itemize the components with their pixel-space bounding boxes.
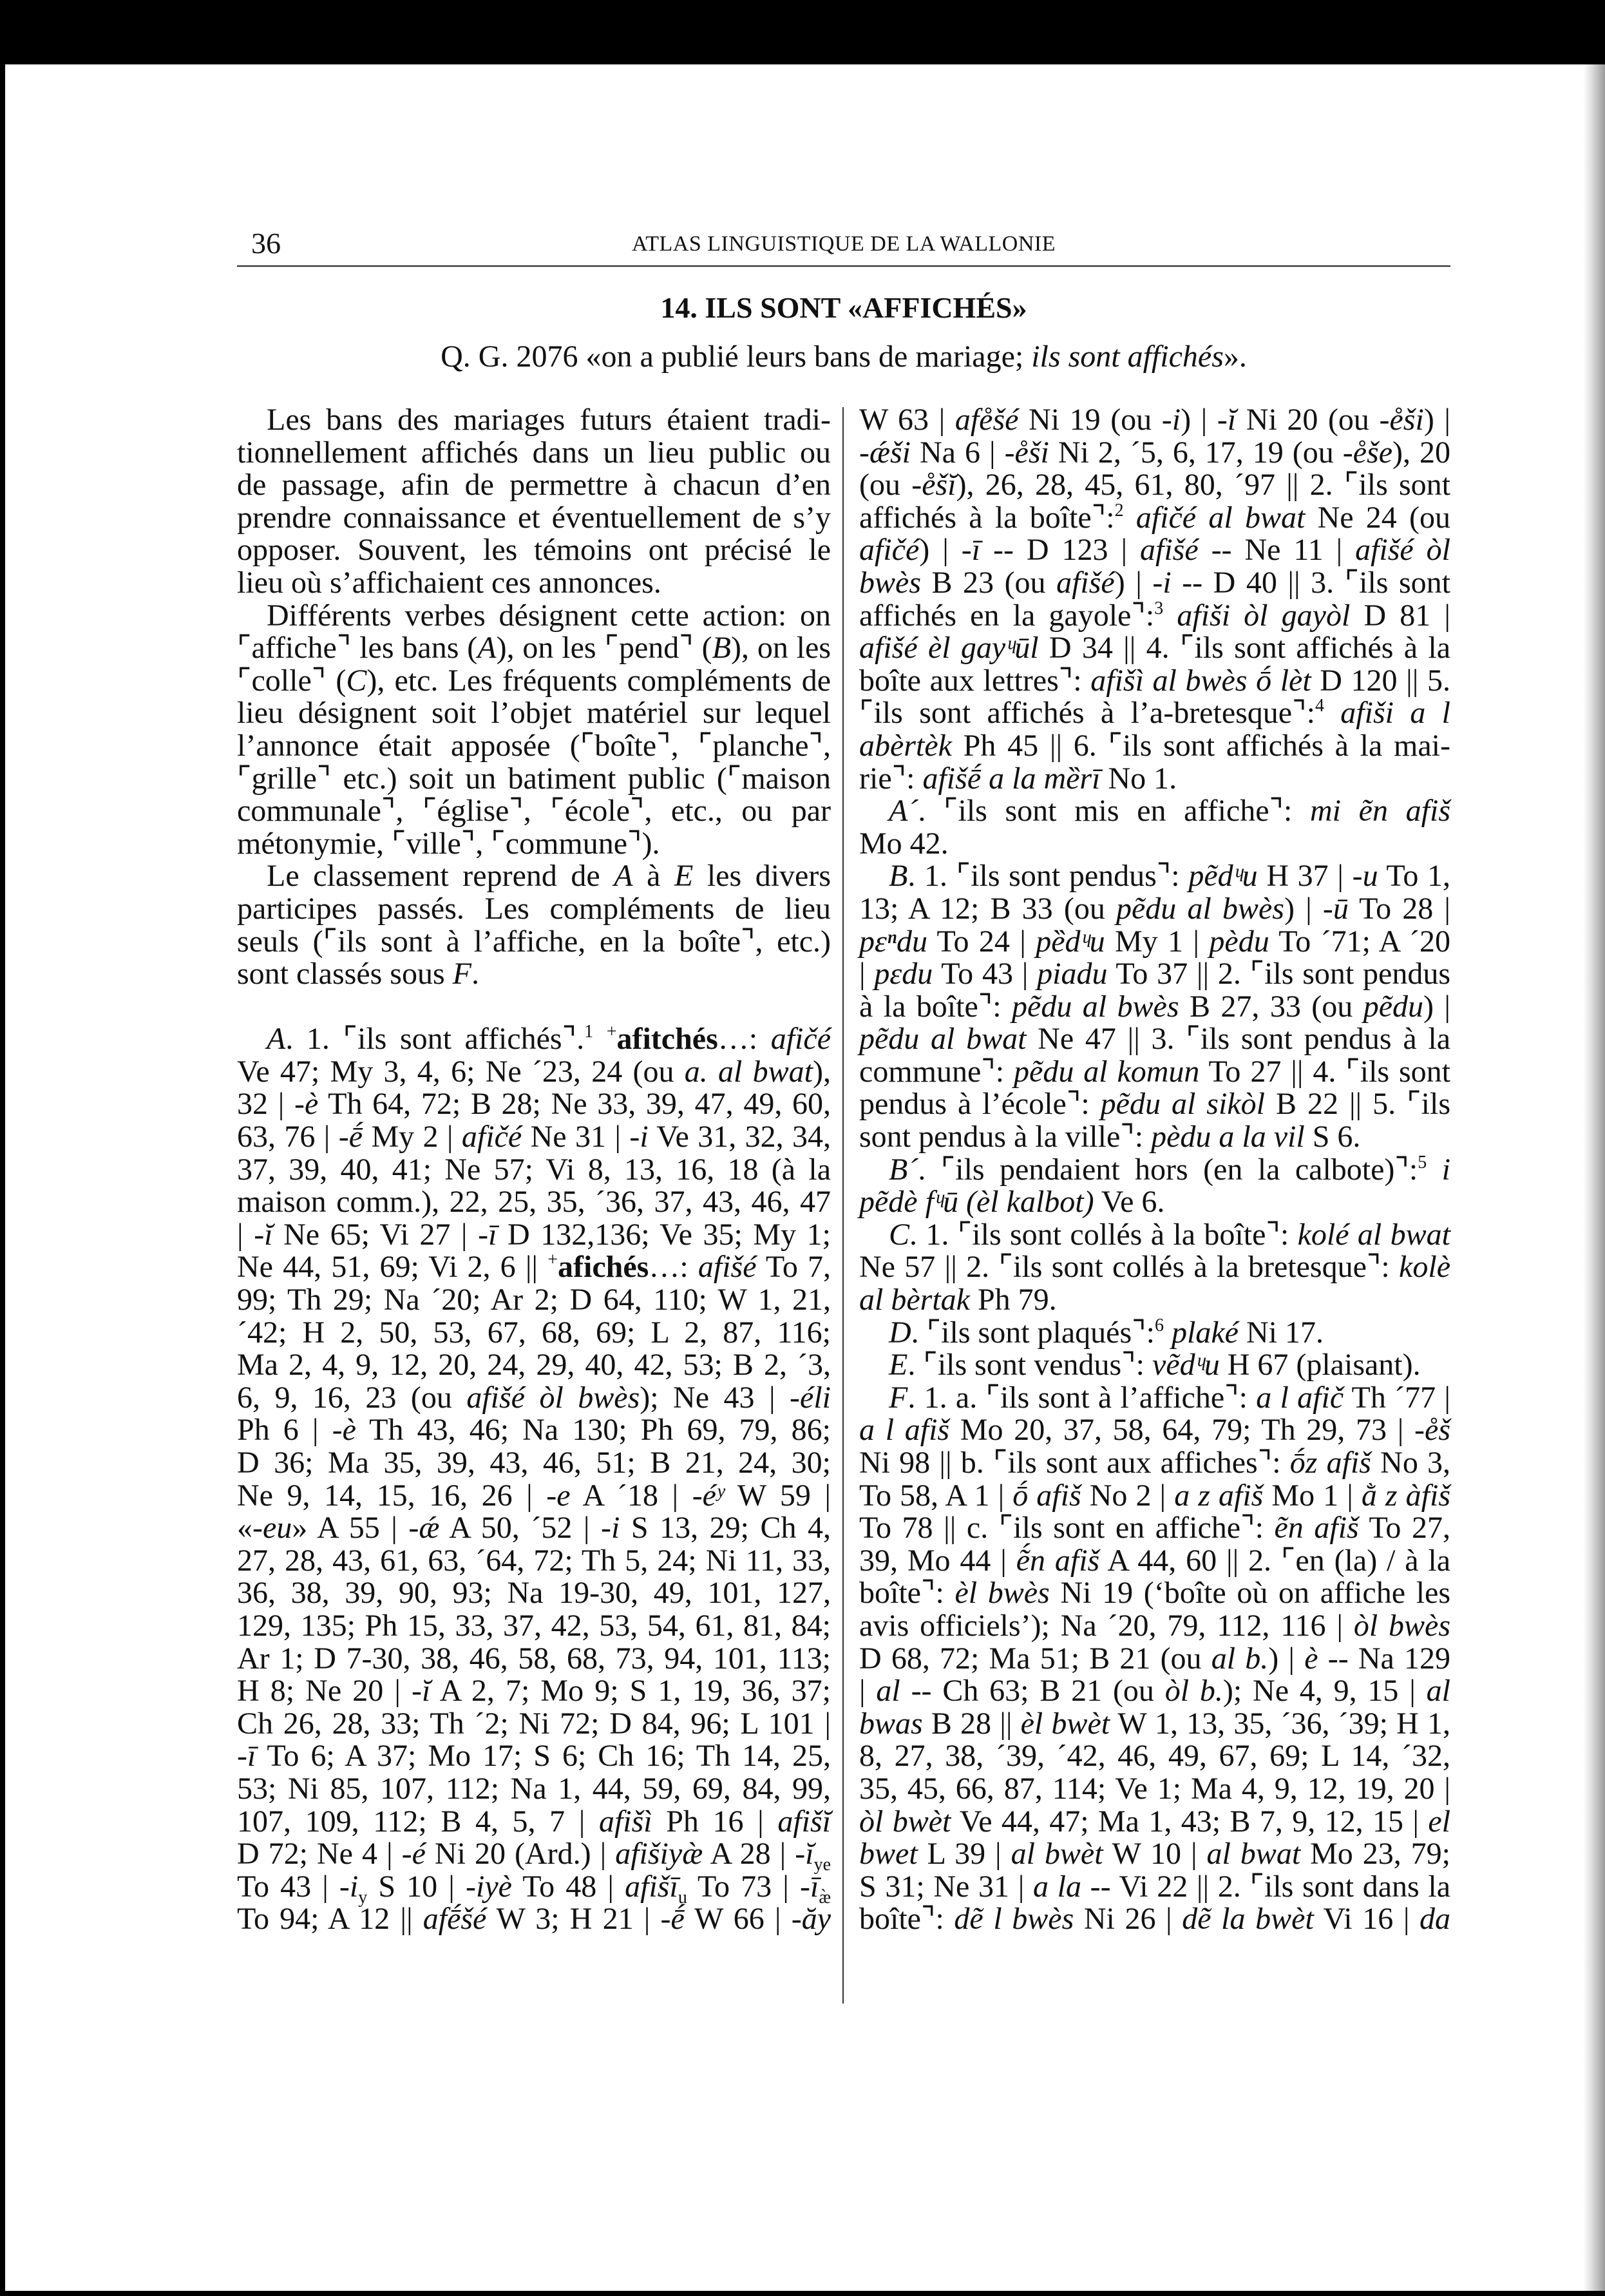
text-run: » A 55 |	[292, 1511, 408, 1545]
dialect-form: -i	[601, 1511, 620, 1545]
text-line: S 31; Ne 31 | a la -- Vi 22 || 2. ⌜ils s…	[859, 1871, 1450, 1904]
dialect-form: -iyè	[466, 1870, 512, 1904]
text-run: 99; Th 29; Na ´20; Ar 2; D 64, 110; W 1,…	[237, 1283, 831, 1317]
text-run: No 3,	[1371, 1446, 1450, 1480]
dialect-form: E	[674, 859, 693, 893]
headword: afitchés	[616, 1022, 717, 1056]
text-line: pendus à l’école⌝: pẽdu al sikòl B 22 ||…	[859, 1088, 1450, 1121]
text-line: 32 | -è Th 64, 72; B 28; Ne 33, 39, 47, …	[237, 1088, 831, 1121]
text-line: W 63 | afe̊šé Ni 19 (ou -i) | -ĭ Ni 20 (…	[859, 404, 1450, 437]
running-title: ATLAS LINGUISTIQUE DE LA WALLONIE	[237, 228, 1450, 260]
text-line: 36, 38, 39, 90, 93; Na 19-30, 49, 101, 1…	[237, 1577, 831, 1610]
text-line: D. ⌜ils sont plaqués⌝:6 plaké Ni 17.	[859, 1317, 1450, 1350]
text-line: 13; A 12; B 33 (ou pẽdu al bwès) | -ū To…	[859, 893, 1450, 926]
text-line: commune⌝: pẽdu al komun To 27 || 4. ⌜ils…	[859, 1056, 1450, 1089]
dialect-form: ṓz afiš	[1290, 1446, 1371, 1480]
text-run: ), on les ⌜pend⌝ (	[497, 631, 712, 665]
text-line: 39, Mo 44 | ẽ́n afiš A 44, 60 || 2. ⌜en …	[859, 1545, 1450, 1578]
text-run: Ne 31 |	[522, 1120, 629, 1154]
text-run: à	[633, 859, 674, 893]
text-run: ) |	[1424, 403, 1450, 437]
text-run	[1124, 501, 1136, 535]
text-line: To 78 || c. ⌜ils sont en affiche⌝: ẽn af…	[859, 1512, 1450, 1545]
text-run	[1324, 696, 1340, 730]
dialect-form: a. al bwat	[685, 1055, 813, 1089]
text-line: ⌜ils sont affichés à l’a-bretesque⌝:4 af…	[859, 697, 1450, 730]
text-run: métonymie, ⌜ville⌝, ⌜commune⌝).	[237, 827, 660, 861]
text-run: B 27, 33 (ou	[1179, 990, 1363, 1024]
dialect-form: -e	[546, 1478, 570, 1513]
dialect-form: afišiyæ̀	[615, 1837, 703, 1871]
text-run: Mo 23, 79;	[1300, 1837, 1450, 1871]
dialect-form: -é	[402, 1837, 426, 1871]
text-line: opposer. Souvent, les témoins ont précis…	[237, 534, 831, 567]
text-line: avis officiels’); Na ´20, 79, 112, 116 |…	[859, 1610, 1450, 1643]
text-run: -- Na 129	[1318, 1641, 1450, 1676]
dialect-form: dẽ l bwès	[954, 1902, 1074, 1936]
text-run: les divers	[693, 859, 831, 893]
dialect-form: kolè	[1399, 1250, 1450, 1284]
dialect-form: afiši a l	[1340, 696, 1450, 730]
dialect-form: C	[346, 664, 366, 698]
text-run	[1163, 598, 1177, 633]
text-run: Le classement reprend de	[267, 859, 614, 893]
dialect-form: èl bwès	[954, 1576, 1049, 1610]
text-run: To 94; A 12 ||	[237, 1902, 423, 1936]
text-line: abèrtèk Ph 45 || 6. ⌜ils sont affichés à…	[859, 730, 1450, 763]
text-run: To 27,	[1359, 1511, 1450, 1545]
text-run: . 1. ⌜ils sont pendus⌝:	[907, 859, 1188, 893]
dialect-form: afišé	[1140, 533, 1199, 567]
text-line: To 43 | -iy S 10 | -iyè To 48 | afišīu T…	[237, 1871, 831, 1904]
text-run: No 2 |	[1081, 1478, 1175, 1513]
dialect-form: afišé	[698, 1250, 757, 1284]
text-run: tionnellement affichés dans un lieu publ…	[237, 435, 831, 470]
text-run: S 31; Ne 31 |	[859, 1870, 1033, 1904]
text-line: sont pendus à la ville⌝: pèdu a la vil S…	[859, 1121, 1450, 1154]
text-run: ), 26, 28, 45, 61, 80, ´97 || 2. ⌜ils so…	[956, 468, 1450, 502]
text-line: rie⌝: afišḗ a la mȅrī No 1.	[859, 763, 1450, 796]
dialect-form: B´	[889, 1153, 918, 1187]
dialect-form: -ī	[800, 1870, 819, 1904]
dialect-form: B	[889, 859, 907, 893]
text-run: 129, 135; Ph 15, 33, 37, 42, 53, 54, 61,…	[237, 1609, 831, 1643]
dialect-form: pɛⁿdu	[859, 924, 927, 959]
question-prefix: Q. G. 2076 «on a publié leurs bans de ma…	[441, 340, 1031, 374]
text-run: Ne 24 (ou	[1305, 501, 1450, 535]
dialect-form: al	[1427, 1674, 1450, 1708]
dialect-form: al bwat	[1207, 1837, 1301, 1871]
text-run: ⌜affiche⌝ les bans (	[237, 631, 477, 665]
text-run: seuls (⌜ils sont à l’affiche, en la boît…	[237, 924, 831, 959]
text-run: To 48 |	[512, 1870, 625, 1904]
text-run: A 44, 60 || 2. ⌜en (la) / à la	[1099, 1544, 1450, 1578]
dialect-form: -ū	[1323, 892, 1349, 926]
text-run: sont classés sous	[237, 957, 453, 991]
dialect-form: -éli	[790, 1381, 831, 1415]
text-run: . ⌜ils sont mis en affiche⌝:	[918, 794, 1310, 828]
text-run: B 28 ||	[923, 1707, 1021, 1741]
dialect-form: -ǽ	[408, 1511, 439, 1545]
text-run: Ma 2, 4, 9, 12, 20, 24, 29, 40, 42, 53; …	[237, 1348, 831, 1382]
text-run: ) |	[1284, 892, 1323, 926]
text-line: -ī To 6; A 37; Mo 17; S 6; Ch 16; Th 14,…	[237, 1740, 831, 1773]
dialect-form: pẽdᶣu	[1188, 859, 1257, 893]
text-line: B´. ⌜ils pendaient hors (en la calbote)⌝…	[859, 1154, 1450, 1187]
text-line: boîte aux lettres⌝: afišì al bwès ṓ lèt …	[859, 665, 1450, 698]
text-line: Le classement reprend de A à E les diver…	[237, 860, 831, 893]
text-run: My 2 |	[363, 1120, 462, 1154]
dialect-form: -ḗ	[661, 1902, 685, 1936]
dialect-form: -i	[629, 1120, 648, 1154]
text-run: W 66 |	[685, 1902, 792, 1936]
text-run: To 58, A 1 |	[859, 1478, 1012, 1513]
text-run: To 43 |	[237, 1870, 339, 1904]
dialect-form: afišī	[625, 1870, 678, 1904]
dialect-form: piadu	[1037, 957, 1107, 991]
text-run: No 1.	[1100, 761, 1177, 796]
text-line: Ne 44, 51, 69; Vi 2, 6 || +afichés…: afi…	[237, 1251, 831, 1284]
text-line: ⌜grille⌝ etc.) soit un batiment public (…	[237, 763, 831, 796]
text-run: lieu désignent soit l’objet matériel sur…	[237, 696, 831, 730]
text-run: To 1,	[1378, 859, 1450, 893]
text-line: à la boîte⌝: pẽdu al bwès B 27, 33 (ou p…	[859, 991, 1450, 1024]
dialect-form: al bwèt	[1011, 1837, 1103, 1871]
text-run	[593, 1022, 607, 1056]
text-run: boîte⌝:	[859, 1576, 954, 1610]
text-run: 63, 76 |	[237, 1120, 339, 1154]
text-line: Ve 47; My 3, 4, 6; Ne ´23, 24 (ou a. al …	[237, 1056, 831, 1089]
text-run: Th 64, 72; B 28; Ne 33, 39, 47, 49, 60,	[318, 1087, 831, 1121]
text-line: A. 1. ⌜ils sont affichés⌝.1 +afitchés…: …	[237, 1023, 831, 1056]
text-run	[1164, 1315, 1172, 1350]
text-run: ) |	[1423, 990, 1450, 1024]
dialect-form: al	[876, 1674, 900, 1708]
text-run: ) |	[919, 533, 961, 567]
text-run: W 63 |	[859, 403, 955, 437]
text-run: W 3; H 21 |	[486, 1902, 660, 1936]
text-run: Ni 17.	[1239, 1315, 1324, 1350]
text-run: . ⌜ils sont vendus⌝:	[907, 1348, 1152, 1382]
dialect-form: a la	[1033, 1870, 1081, 1904]
text-line: boîte⌝: dẽ l bwès Ni 26 | dẽ la bwèt Vi …	[859, 1903, 1450, 1936]
dialect-form: F	[889, 1381, 907, 1415]
text-run: rie⌝:	[859, 761, 922, 796]
text-run: S 6.	[1305, 1120, 1361, 1154]
dialect-form: -u	[1353, 859, 1378, 893]
script-mark: 5	[1418, 1153, 1427, 1172]
dialect-form: òl bwèt	[859, 1804, 951, 1839]
text-run: l’annonce était apposée (⌜boîte⌝, ⌜planc…	[237, 729, 831, 763]
dialect-form: pẽdu al bwès	[1116, 892, 1284, 926]
text-line: Ar 1; D 7-30, 38, 46, 58, 68, 73, 94, 10…	[237, 1643, 831, 1676]
text-line: Mo 42.	[859, 828, 1450, 861]
text-line: lieu désignent soit l’objet matériel sur…	[237, 697, 831, 730]
text-run: D 36; Ma 35, 39, 43, 46, 51; B 21, 24, 3…	[237, 1446, 831, 1480]
dialect-form: -e̊ši	[1380, 403, 1424, 437]
text-run: 32 |	[237, 1087, 294, 1121]
text-run: Th ´77 |	[1344, 1381, 1450, 1415]
text-line: H 8; Ne 20 | -ĭ A 2, 7; Mo 9; S 1, 19, 3…	[237, 1675, 831, 1708]
text-line: Différents verbes désignent cette action…	[237, 600, 831, 633]
running-head: 36 ATLAS LINGUISTIQUE DE LA WALLONIE	[237, 224, 1450, 263]
dialect-form: bwas	[859, 1707, 923, 1741]
text-run: Mo 1 |	[1263, 1478, 1362, 1513]
dialect-form: è	[1304, 1641, 1318, 1676]
text-line: Ch 26, 28, 33; Th ´2; Ni 72; D 84, 96; L…	[237, 1708, 831, 1741]
dialect-form: al b.	[1211, 1641, 1269, 1676]
text-line: prendre connaissance et éventuellement d…	[237, 502, 831, 535]
text-run: ⌜ils sont affichés à l’a-bretesque⌝:	[859, 696, 1315, 730]
dialect-form: a l afič	[1256, 1381, 1344, 1415]
text-line: D 72; Ne 4 | -é Ni 20 (Ard.) | afišiyæ̀ …	[237, 1838, 831, 1871]
chapter-title: 14. ILS SONT «AFFICHÉS»	[237, 289, 1450, 327]
left-column: Les bans des mariages futurs étaient tra…	[237, 404, 831, 1936]
page-edge-shadow	[1583, 64, 1605, 2291]
text-run: -- D 123 |	[980, 533, 1140, 567]
text-run: Ph 79.	[970, 1283, 1057, 1317]
text-run: . 1. ⌜ils sont collés à la boîte⌝:	[909, 1218, 1298, 1252]
text-run: Ar 1; D 7-30, 38, 46, 58, 68, 73, 94, 10…	[237, 1641, 831, 1676]
script-mark: 1	[584, 1022, 593, 1042]
dialect-form: C	[889, 1218, 909, 1252]
text-run: . 1. a. ⌜ils sont à l’affiche⌝:	[907, 1381, 1256, 1415]
dialect-form: afičé	[771, 1022, 831, 1056]
dialect-form: èl bwèt	[1021, 1707, 1110, 1741]
dialect-form: -ī	[962, 533, 980, 567]
text-run: Ve 31, 32, 34,	[649, 1120, 831, 1154]
text-run: D 34 || 4. ⌜ils sont affichés à la	[1039, 631, 1450, 665]
text-run: S 13, 29; Ch 4,	[620, 1511, 831, 1545]
text-line: a l afiš Mo 20, 37, 58, 64, 79; Th 29, 7…	[859, 1414, 1450, 1447]
dialect-form: pèdu	[1209, 924, 1269, 959]
text-line: 27, 28, 43, 61, 63, ´64, 72; Th 5, 24; N…	[237, 1545, 831, 1578]
dialect-form: -è	[332, 1413, 356, 1447]
text-line: métonymie, ⌜ville⌝, ⌜commune⌝).	[237, 828, 831, 861]
dialect-form: afišĭ	[777, 1804, 831, 1839]
text-line: 63, 76 | -ḗ My 2 | afičé Ne 31 | -i Ve 3…	[237, 1121, 831, 1154]
text-line: affichés à la boîte⌝:2 afičé al bwat Ne …	[859, 502, 1450, 535]
dialect-form: -è	[294, 1087, 318, 1121]
text-line: tionnellement affichés dans un lieu publ…	[237, 437, 831, 470]
dialect-form: -i	[1162, 403, 1181, 437]
dialect-form: afe̊šé	[955, 403, 1019, 437]
text-line: affichés en la gayole⌝:3 afiši òl gayòl …	[859, 600, 1450, 633]
text-run: -- Ch 63; B 21 (ou	[900, 1674, 1165, 1708]
text-line: ⌜colle⌝ (C), etc. Les fréquents compléme…	[237, 665, 831, 698]
text-run: . ⌜ils pendaient hors (en la calbote)⌝:	[918, 1153, 1418, 1187]
text-run: 27, 28, 43, 61, 63, ´64, 72; Th 5, 24; N…	[237, 1544, 831, 1578]
text-run: To 43 |	[933, 957, 1037, 991]
text-run: D 120 || 5.	[1311, 664, 1450, 698]
text-line: 53; Ni 85, 107, 112; Na 1, 44, 59, 69, 8…	[237, 1773, 831, 1806]
text-run: Th 43, 46; Na 130; Ph 69, 79, 86;	[356, 1413, 831, 1447]
dialect-form: -ī	[237, 1739, 256, 1773]
text-run: ); Ne 43 |	[640, 1381, 790, 1415]
text-line: maison comm.), 22, 25, 35, ´36, 37, 43, …	[237, 1186, 831, 1219]
text-run: B 23 (ou	[921, 566, 1056, 600]
text-run: Ph 45 || 6. ⌜ils sont affichés à la mai-	[952, 729, 1450, 763]
text-line: al bèrtak Ph 79.	[859, 1284, 1450, 1317]
text-run: ); Ne 4, 9, 15 |	[1223, 1674, 1427, 1708]
text-run: Ph 6 |	[237, 1413, 332, 1447]
text-run: D 68, 72; Ma 51; B 21 (ou	[859, 1641, 1211, 1676]
text-run: H 37 |	[1258, 859, 1353, 893]
dialect-form: pẽdu al komun	[1014, 1055, 1199, 1089]
text-line: Ne 9, 14, 15, 16, 26 | -e A ´18 | -éʸ W …	[237, 1480, 831, 1513]
text-line: ⌜affiche⌝ les bans (A), on les ⌜pend⌝ (B…	[237, 632, 831, 665]
text-run: Ni 20 (ou	[1236, 403, 1379, 437]
text-run: affichés à la boîte⌝:	[859, 501, 1115, 535]
text-run: avis officiels’); Na ´20, 79, 112, 116 |	[859, 1609, 1354, 1643]
text-run	[1427, 1153, 1441, 1187]
script-mark: 2	[1115, 501, 1124, 521]
dialect-form: -e̊še	[1343, 435, 1392, 470]
text-run: To 6; A 37; Mo 17; S 6; Ch 16; Th 14, 25…	[256, 1739, 831, 1773]
text-line: pẽdè fᶣū (èl kalbot) Ve 6.	[859, 1186, 1450, 1219]
text-run: To ´71; A ´20	[1269, 924, 1450, 959]
text-run: ), 20	[1392, 435, 1450, 470]
text-line: 107, 109, 112; B 4, 5, 7 | afišì Ph 16 |…	[237, 1806, 831, 1839]
text-run: To 27 || 4. ⌜ils sont	[1199, 1055, 1450, 1089]
text-run: 13; A 12; B 33 (ou	[859, 892, 1116, 926]
text-run: H 8; Ne 20 |	[237, 1674, 412, 1708]
dialect-form: afišì	[599, 1804, 652, 1839]
text-line: seuls (⌜ils sont à l’affiche, en la boît…	[237, 926, 831, 959]
dialect-form: vẽdᶣu	[1152, 1348, 1220, 1382]
text-run: ⌜colle⌝ (	[237, 664, 346, 698]
text-run: 6, 9, 16, 23 (ou	[237, 1381, 466, 1415]
text-line: E. ⌜ils sont vendus⌝: vẽdᶣu H 67 (plaisa…	[859, 1349, 1450, 1382]
dialect-form: pèdu a la vil	[1151, 1120, 1305, 1154]
dialect-form: abèrtèk	[859, 729, 952, 763]
text-run: |	[859, 957, 874, 991]
text-run: ), etc. Les fréquents compléments de	[366, 664, 831, 698]
headword: afichés	[558, 1250, 649, 1284]
dialect-form: al bèrtak	[859, 1283, 970, 1317]
dialect-form: afičé	[462, 1120, 522, 1154]
dialect-form: pẽdu al bwat	[859, 1022, 1026, 1056]
text-run: W 1, 13, 35, ´36, ´39; H 1,	[1110, 1707, 1450, 1741]
text-run: Vi 16 |	[1314, 1902, 1420, 1936]
text-run: prendre connaissance et éventuellement d…	[237, 501, 831, 535]
dialect-form: pẽdè fᶣū (èl kalbot)	[859, 1185, 1094, 1219]
text-run: ) |	[1181, 403, 1217, 437]
text-line: l’annonce était apposée (⌜boîte⌝, ⌜planc…	[237, 730, 831, 763]
text-run: Ni 2, ´5, 6, 17, 19 (ou	[1049, 435, 1343, 470]
dialect-form: i	[1442, 1153, 1450, 1187]
text-line: 8, 27, 38, ´39, ´42, 46, 49, 67, 69; L 1…	[859, 1740, 1450, 1773]
text-line: afičé) | -ī -- D 123 | afišé -- Ne 11 | …	[859, 534, 1450, 567]
script-mark: 6	[1155, 1315, 1164, 1335]
page-edge-bottom	[0, 2291, 1605, 2296]
text-line: Ni 98 || b. ⌜ils sont aux affiches⌝: ṓz …	[859, 1447, 1450, 1480]
text-line: sont classés sous F.	[237, 958, 831, 991]
text-run: B 22 || 5. ⌜ils	[1265, 1087, 1450, 1121]
text-run: Mo 42.	[859, 827, 949, 861]
dialect-form: bwet	[859, 1837, 918, 1871]
text-run: Ne 57 || 2. ⌜ils sont collés à la bretes…	[859, 1250, 1399, 1284]
text-run: …:	[649, 1250, 698, 1284]
text-run: H 67 (plaisant).	[1220, 1348, 1421, 1382]
dialect-form: afišé òl bwès	[466, 1381, 640, 1415]
text-run: Ni 98 || b. ⌜ils sont aux affiches⌝:	[859, 1446, 1290, 1480]
text-run: Ni 19 (ou	[1018, 403, 1161, 437]
text-line: A´. ⌜ils sont mis en affiche⌝: mi ẽn afi…	[859, 795, 1450, 828]
text-run: ) |	[1268, 1641, 1304, 1676]
dialect-form: A	[477, 631, 496, 665]
text-run: Ne 44, 51, 69; Vi 2, 6 ||	[237, 1250, 547, 1284]
dialect-form: B	[712, 631, 731, 665]
text-run: 35, 45, 66, 87, 114; Ve 1; Ma 4, 9, 12, …	[859, 1772, 1450, 1806]
text-run: Ne 47 || 3. ⌜ils sont pendus à la	[1026, 1022, 1450, 1056]
dialect-form: a z afiš	[1174, 1478, 1263, 1513]
text-run: à la boîte⌝:	[859, 990, 1012, 1024]
dialect-form: pẽdu al sikòl	[1101, 1087, 1265, 1121]
text-run: .	[471, 957, 479, 991]
text-run: My 1 |	[1105, 924, 1210, 959]
text-line: D 68, 72; Ma 51; B 21 (ou al b.) | è -- …	[859, 1643, 1450, 1676]
dialect-form: kolé al bwat	[1298, 1218, 1450, 1252]
text-run: 36, 38, 39, 90, 93; Na 19-30, 49, 101, 1…	[237, 1576, 831, 1610]
text-run: ⌜grille⌝ etc.) soit un batiment public (…	[237, 761, 831, 796]
dialect-form: A	[267, 1022, 285, 1056]
text-run: D 72; Ne 4 |	[237, 1837, 402, 1871]
text-run: To 37 || 2. ⌜ils sont pendus	[1107, 957, 1450, 991]
dialect-form: -ĭ	[254, 1218, 272, 1252]
dialect-form: afišé	[1056, 566, 1115, 600]
dialect-form: el	[1428, 1804, 1450, 1839]
dialect-form: -i	[1152, 566, 1171, 600]
dialect-form: -ĭ	[412, 1674, 430, 1708]
text-line: | pɛdu To 43 | piadu To 37 || 2. ⌜ils so…	[859, 958, 1450, 991]
dialect-form: afičé al bwat	[1136, 501, 1305, 535]
dialect-form: afišì al bwès ṓ lèt	[1090, 664, 1311, 698]
text-line: òl bwèt Ve 44, 47; Ma 1, 43; B 7, 9, 12,…	[859, 1806, 1450, 1839]
text-run: commune⌝:	[859, 1055, 1014, 1089]
text-run: To 7,	[757, 1250, 831, 1284]
dialect-form: da	[1420, 1902, 1450, 1936]
text-run: -- Vi 22 || 2. ⌜ils sont dans la	[1081, 1870, 1450, 1904]
survey-question: Q. G. 2076 «on a publié leurs bans de ma…	[237, 338, 1450, 376]
text-run: Mo 20, 37, 58, 64, 79; Th 29, 73 |	[949, 1413, 1414, 1447]
dialect-form: afiši òl gayòl	[1177, 598, 1350, 633]
text-line: B. 1. ⌜ils sont pendus⌝: pẽdᶣu H 37 | -u…	[859, 860, 1450, 893]
text-run: A 28 |	[703, 1837, 795, 1871]
text-run: pendus à l’école⌝:	[859, 1087, 1101, 1121]
text-run: ) |	[1115, 566, 1153, 600]
text-run: …:	[718, 1022, 771, 1056]
text-run: . 1. ⌜ils sont affichés⌝.	[285, 1022, 584, 1056]
text-run: 8, 27, 38, ´39, ´42, 46, 49, 67, 69; L 1…	[859, 1739, 1450, 1773]
text-run: ´42; H 2, 50, 53, 67, 68, 69; L 2, 87, 1…	[237, 1315, 831, 1350]
text-run: Ve 6.	[1094, 1185, 1165, 1219]
text-run: communale⌝, ⌜église⌝, ⌜école⌝, etc., ou …	[237, 794, 831, 828]
dialect-form: afišé èl gayᶣūl	[859, 631, 1039, 665]
text-line: 37, 39, 40, 41; Ne 57; Vi 8, 13, 16, 18 …	[237, 1154, 831, 1187]
text-run: Ni 20 (Ard.) |	[426, 1837, 615, 1871]
dialect-form: pɛdu	[874, 957, 933, 991]
script-mark: 3	[1154, 598, 1163, 618]
text-run: Ni 19 (‘boîte où on affiche les	[1050, 1576, 1450, 1610]
dialect-form: pẽdu al bwès	[1012, 990, 1179, 1024]
text-run: -- D 40 || 3. ⌜ils sont	[1172, 566, 1450, 600]
text-run: Ne 9, 14, 15, 16, 26 |	[237, 1478, 546, 1513]
text-run: |	[237, 1218, 254, 1252]
dialect-form: afišé òl	[1355, 533, 1450, 567]
text-run: boîte⌝:	[859, 1902, 954, 1936]
script-mark: +	[607, 1022, 617, 1042]
